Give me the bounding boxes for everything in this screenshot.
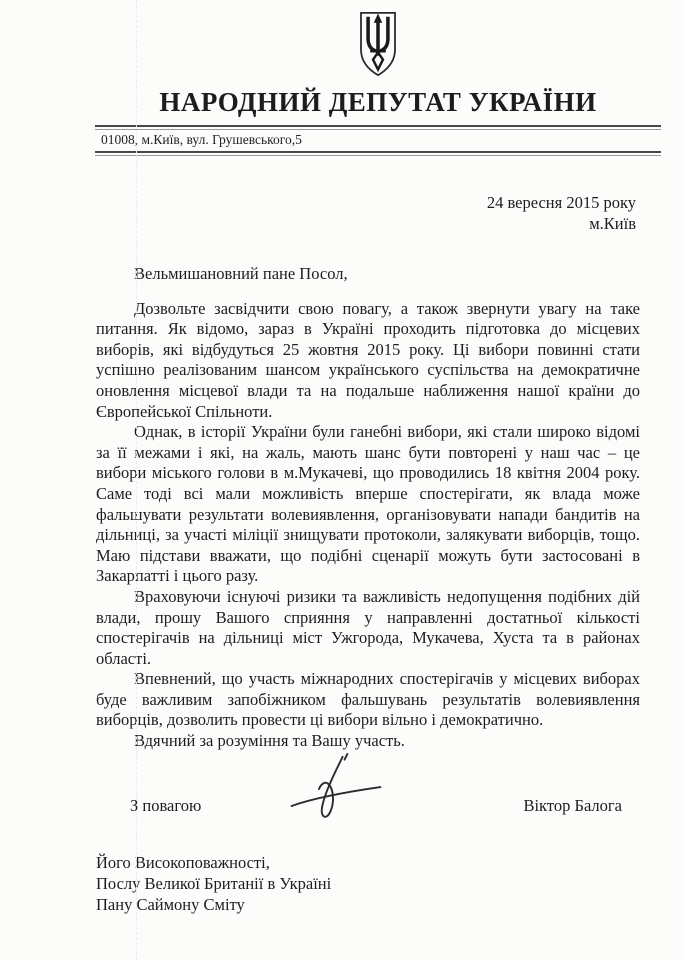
letter-date: 24 вересня 2015 року [0,192,636,213]
letter-place: м.Київ [0,213,636,234]
paragraph-4: Впевнений, що участь міжнародних спостер… [96,669,640,731]
paragraph-3: Враховуючи існуючі ризики та важливість … [96,587,640,669]
addressee-line-3: Пану Саймону Сміту [96,894,640,915]
paragraph-5: Вдячний за розуміння та Вашу участь. [96,731,640,752]
signer-name: Віктор Балога [523,796,622,816]
ukraine-coat-of-arms-icon [355,10,401,78]
addressee-line-2: Послу Великої Британії в Україні [96,873,640,894]
letterhead: НАРОДНИЙ ДЕПУТАТ УКРАЇНИ 01008, м.Київ, … [95,0,661,156]
valediction: З повагою [130,796,201,816]
closing-row: З повагою Віктор Балога [96,796,640,816]
handwritten-signature-icon [284,750,388,828]
letterhead-title: НАРОДНИЙ ДЕПУТАТ УКРАЇНИ [95,87,661,118]
addressee-line-1: Його Високоповажності, [96,852,640,873]
letterhead-address: 01008, м.Київ, вул. Грушевського,5 [95,130,661,151]
letterhead-rule-bottom [95,151,661,156]
letter-body: Вельмишановний пане Посол, Дозвольте зас… [96,264,640,752]
salutation: Вельмишановний пане Посол, [96,264,640,285]
addressee-block: Його Високоповажності, Послу Великої Бри… [96,852,640,915]
scanned-letter-page: НАРОДНИЙ ДЕПУТАТ УКРАЇНИ 01008, м.Київ, … [0,0,683,960]
paragraph-2: Однак, в історії України були ганебні ви… [96,422,640,587]
paragraph-1: Дозвольте засвідчити свою повагу, а тако… [96,299,640,423]
dateline: 24 вересня 2015 року м.Київ [0,192,636,234]
